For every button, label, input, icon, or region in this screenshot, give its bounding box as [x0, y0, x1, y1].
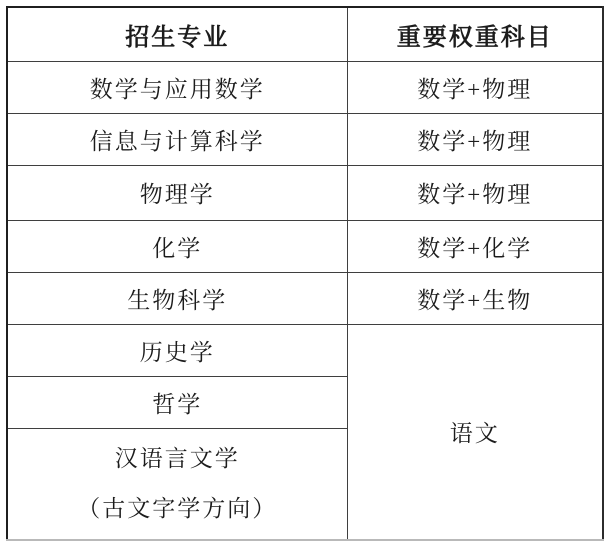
- subject-cell: 数学+物理: [347, 165, 603, 220]
- major-cell: 信息与计算科学: [7, 113, 347, 165]
- major-line-1: 汉语言文学: [8, 434, 347, 484]
- major-cell: 汉语言文学 （古文字学方向）: [7, 428, 347, 540]
- major-cell: 化学: [7, 220, 347, 272]
- table-row: 物理学 数学+物理: [7, 165, 603, 220]
- major-cell: 生物科学: [7, 272, 347, 324]
- subject-cell: 数学+物理: [347, 113, 603, 165]
- header-row: 招生专业 重要权重科目: [7, 7, 603, 61]
- table-row: 历史学 语文: [7, 324, 603, 376]
- subject-cell: 数学+化学: [347, 220, 603, 272]
- admission-weighted-subjects-table: 招生专业 重要权重科目 数学与应用数学 数学+物理 信息与计算科学 数学+物理 …: [6, 6, 604, 541]
- table-row: 化学 数学+化学: [7, 220, 603, 272]
- table-row: 生物科学 数学+生物: [7, 272, 603, 324]
- column-header-weighted-subject: 重要权重科目: [347, 7, 603, 61]
- major-cell: 历史学: [7, 324, 347, 376]
- subject-cell-merged: 语文: [347, 324, 603, 540]
- major-cell: 数学与应用数学: [7, 61, 347, 113]
- subject-cell: 数学+物理: [347, 61, 603, 113]
- major-cell: 哲学: [7, 376, 347, 428]
- major-cell: 物理学: [7, 165, 347, 220]
- table-row: 信息与计算科学 数学+物理: [7, 113, 603, 165]
- column-header-major: 招生专业: [7, 7, 347, 61]
- subject-cell: 数学+生物: [347, 272, 603, 324]
- table-row: 数学与应用数学 数学+物理: [7, 61, 603, 113]
- major-line-2: （古文字学方向）: [8, 484, 347, 534]
- page: 招生专业 重要权重科目 数学与应用数学 数学+物理 信息与计算科学 数学+物理 …: [0, 0, 609, 545]
